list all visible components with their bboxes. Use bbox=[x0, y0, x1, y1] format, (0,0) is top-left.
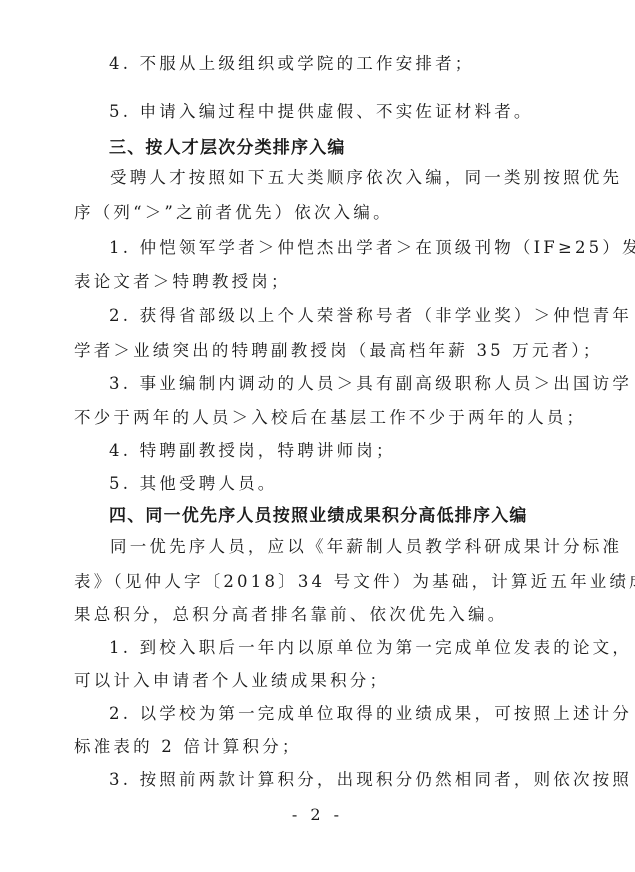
paragraph-line: 表》（见仲人字〔2018〕34 号文件）为基础，计算近五年业绩成 bbox=[74, 572, 635, 592]
list-item-4-category: 4. 特聘副教授岗，特聘讲师岗； bbox=[109, 441, 396, 461]
list-item-3-scoring: 3. 按照前两款计算积分，出现积分仍然相同者，则依次按照 bbox=[109, 770, 632, 790]
list-item-3-category: 3. 事业编制内调动的人员＞具有副高级职称人员＞出国访学 bbox=[109, 374, 632, 394]
paragraph-line: 受聘人才按照如下五大类顺序依次入编，同一类别按照优先 bbox=[110, 168, 622, 188]
list-item-2-category: 2. 获得省部级以上个人荣誉称号者（非学业奖）＞仲恺青年 bbox=[109, 306, 632, 326]
paragraph-line: 不少于两年的人员＞入校后在基层工作不少于两年的人员； bbox=[74, 408, 586, 428]
list-item-2-scoring: 2. 以学校为第一完成单位取得的业绩成果，可按照上述计分 bbox=[109, 704, 632, 724]
paragraph-line: 表论文者＞特聘教授岗； bbox=[74, 272, 291, 292]
list-item-5-category: 5. 其他受聘人员。 bbox=[109, 474, 278, 494]
list-item-4-disqualify: 4. 不服从上级组织或学院的工作安排者； bbox=[109, 54, 475, 74]
list-item-5-disqualify: 5. 申请入编过程中提供虚假、不实佐证材料者。 bbox=[109, 102, 534, 122]
section-heading-3: 三、按人才层次分类排序入编 bbox=[109, 138, 346, 158]
list-item-1-category: 1. 仲恺领军学者＞仲恺杰出学者＞在顶级刊物（IF≥25）发 bbox=[109, 238, 635, 258]
list-item-1-scoring: 1. 到校入职后一年内以原单位为第一完成单位发表的论文， bbox=[109, 638, 632, 658]
paragraph-line: 序（列“＞”之前者优先）依次入编。 bbox=[74, 203, 393, 223]
page-number: - 2 - bbox=[0, 805, 635, 824]
paragraph-line: 同一优先序人员，应以《年薪制人员教学科研成果计分标准 bbox=[110, 537, 622, 557]
section-heading-4: 四、同一优先序人员按照业绩成果积分高低排序入编 bbox=[109, 506, 528, 526]
paragraph-line: 果总积分，总积分高者排名靠前、依次优先入编。 bbox=[74, 605, 507, 625]
paragraph-line: 标准表的 2 倍计算积分； bbox=[74, 737, 302, 757]
paragraph-line: 可以计入申请者个人业绩成果积分； bbox=[74, 671, 389, 691]
paragraph-line: 学者＞业绩突出的特聘副教授岗（最高档年薪 35 万元者）； bbox=[74, 341, 603, 361]
